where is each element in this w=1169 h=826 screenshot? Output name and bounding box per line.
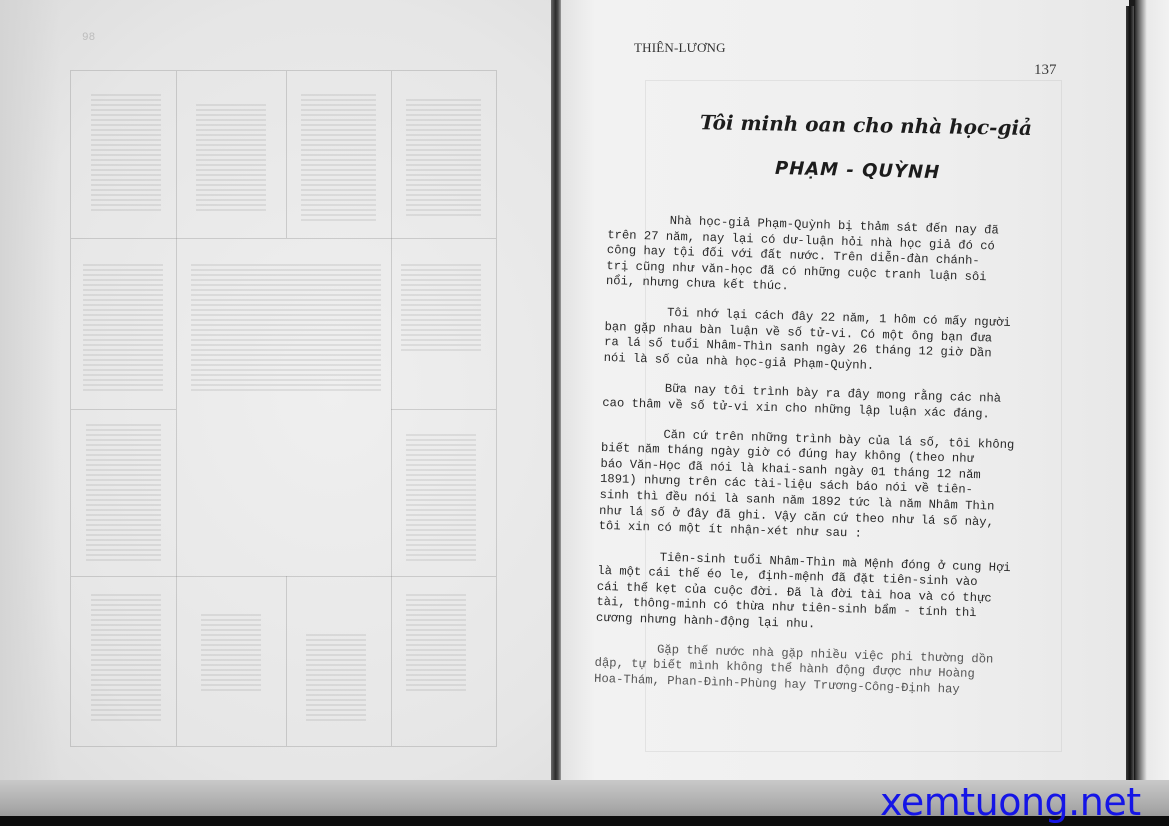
watermark: xemtuong.net (880, 780, 1141, 824)
paragraph: Căn cứ trên những trình bày của lá số, t… (598, 425, 1041, 547)
left-page: 98 (0, 0, 555, 785)
article-title-name: PHẠM - QUỲNH (775, 158, 941, 183)
page-number: 137 (1034, 62, 1057, 79)
ghost-chart-grid (70, 70, 497, 747)
paragraph: Tôi nhớ lại cách đây 22 năm, 1 hôm có mấ… (603, 304, 1045, 379)
paragraph: Tiên-sinh tuổi Nhâm-Thìn mà Mệnh đóng ở … (596, 549, 1038, 640)
left-page-number-ghost: 98 (82, 32, 95, 44)
running-head: THIÊN-LƯƠNG (634, 40, 726, 56)
scanner-bed-right (1135, 0, 1169, 790)
paragraph: Bữa nay tôi trình bày ra đây mong rằng c… (602, 380, 1043, 424)
book-spine (551, 0, 561, 790)
article-body: Nhà học-giả Phạm-Quỳnh bị thảm sát đến n… (593, 212, 1047, 714)
page-edge-shadow (1126, 6, 1134, 788)
paragraph: Gặp thế nước nhà gặp nhiều việc phi thườ… (594, 640, 1035, 700)
paragraph: Nhà học-giả Phạm-Quỳnh bị thảm sát đến n… (606, 212, 1048, 303)
